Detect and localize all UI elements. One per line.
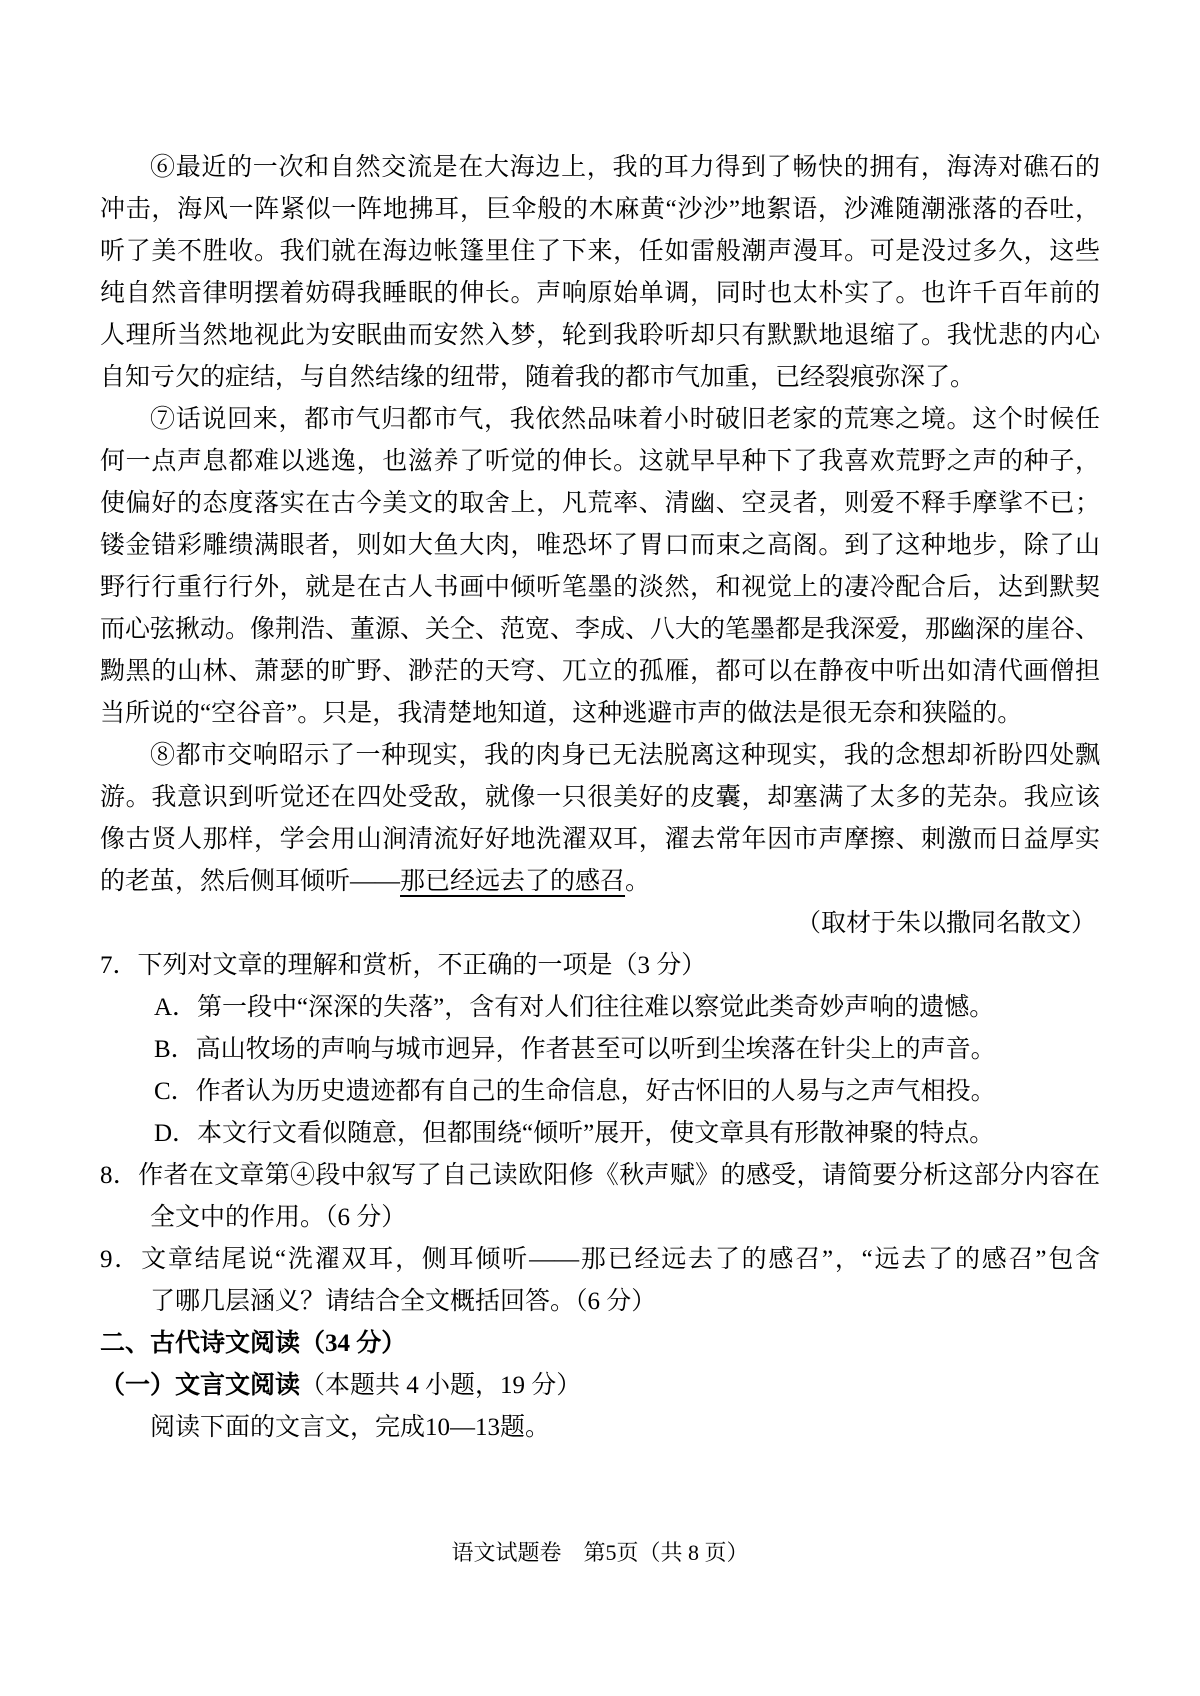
text-line: ⑧都市交响昭示了一种现实，我的肉身已无法脱离这种现实，我的念想却祈盼四处飘 [100, 735, 1100, 777]
text-line: 人理所当然地视此为安眠曲而安然入梦，轮到我聆听却只有默默地退缩了。我忧悲的内心 [100, 315, 1100, 357]
question-7: 7．下列对文章的理解和赏析，不正确的一项是（3 分） A．第一段中“深深的失落”… [100, 945, 1100, 1155]
section-2-subheading: （一）文言文阅读（本题共 4 小题，19 分） [100, 1365, 1100, 1407]
essay-paragraph-8: ⑧都市交响昭示了一种现实，我的肉身已无法脱离这种现实，我的念想却祈盼四处飘 游。… [100, 735, 1100, 903]
essay-paragraph-7: ⑦话说回来，都市气归都市气，我依然品味着小时破旧老家的荒寒之境。这个时候任 何一… [100, 399, 1100, 735]
text-line: 野行行重行行外，就是在古人书画中倾听笔墨的淡然，和视觉上的凄冷配合后，达到默契 [100, 567, 1100, 609]
section-2-instruction: 阅读下面的文言文，完成10—13题。 [100, 1407, 1100, 1449]
section-2-heading: 二、古代诗文阅读（34 分） [100, 1323, 1100, 1365]
text-line: 何一点声息都难以逃逸，也滋养了听觉的伸长。这就早早种下了我喜欢荒野之声的种子， [100, 441, 1100, 483]
subheading-points: （本题共 4 小题，19 分） [300, 1372, 581, 1399]
question-8-line-2: 全文中的作用。（6 分） [100, 1197, 1100, 1239]
text-segment: 。 [625, 868, 650, 895]
text-line: 使偏好的态度落实在古今美文的取舍上，凡荒率、清幽、空灵者，则爱不释手摩挲不已； [100, 483, 1100, 525]
question-7-option-b: B．高山牧场的声响与城市迥异，作者甚至可以听到尘埃落在针尖上的声音。 [100, 1029, 1100, 1071]
text-line: 黝黑的山林、萧瑟的旷野、渺茫的天穹、兀立的孤雁，都可以在静夜中听出如清代画僧担 [100, 651, 1100, 693]
source-attribution: （取材于朱以撒同名散文） [100, 903, 1100, 945]
question-7-option-d: D．本文行文看似随意，但都围绕“倾听”展开，使文章具有形散神聚的特点。 [100, 1113, 1100, 1155]
text-line: 像古贤人那样，学会用山涧清流好好地洗濯双耳，濯去常年因市声摩擦、刺激而日益厚实 [100, 819, 1100, 861]
page-footer: 语文试题卷 第5页（共 8 页） [0, 1538, 1200, 1568]
text-line: 纯自然音律明摆着妨碍我睡眠的伸长。声响原始单调，同时也太朴实了。也许千百年前的 [100, 273, 1100, 315]
text-line: 听了美不胜收。我们就在海边帐篷里住了下来，任如雷般潮声漫耳。可是没过多久，这些 [100, 231, 1100, 273]
text-line: 冲击，海风一阵紧似一阵地拂耳，巨伞般的木麻黄“沙沙”地絮语，沙滩随潮涨落的吞吐， [100, 189, 1100, 231]
text-line: 而心弦揪动。像荆浩、董源、关仝、范宽、李成、八大的笔墨都是我深爱，那幽深的崖谷、 [100, 609, 1100, 651]
text-line: 的老茧，然后侧耳倾听——那已经远去了的感召。 [100, 861, 1100, 903]
question-7-option-c: C．作者认为历史遗迹都有自己的生命信息，好古怀旧的人易与之声气相投。 [100, 1071, 1100, 1113]
question-7-stem: 7．下列对文章的理解和赏析，不正确的一项是（3 分） [100, 945, 1100, 987]
question-8-line-1: 8．作者在文章第④段中叙写了自己读欧阳修《秋声赋》的感受，请简要分析这部分内容在 [100, 1155, 1100, 1197]
question-7-option-a: A．第一段中“深深的失落”，含有对人们往往难以察觉此类奇妙声响的遗憾。 [100, 987, 1100, 1029]
question-9-line-1: 9．文章结尾说“洗濯双耳，侧耳倾听——那已经远去了的感召”，“远去了的感召”包含 [100, 1239, 1100, 1281]
text-line: 当所说的“空谷音”。只是，我清楚地知道，这种逃避市声的做法是很无奈和狭隘的。 [100, 693, 1100, 735]
text-line: ⑥最近的一次和自然交流是在大海边上，我的耳力得到了畅快的拥有，海涛对礁石的 [100, 147, 1100, 189]
text-line: 镂金错彩雕缋满眼者，则如大鱼大肉，唯恐坏了胃口而束之高阁。到了这种地步，除了山 [100, 525, 1100, 567]
text-line: ⑦话说回来，都市气归都市气，我依然品味着小时破旧老家的荒寒之境。这个时候任 [100, 399, 1100, 441]
underlined-phrase: 那已经远去了的感召 [400, 868, 625, 895]
exam-page-content: ⑥最近的一次和自然交流是在大海边上，我的耳力得到了畅快的拥有，海涛对礁石的 冲击… [100, 147, 1100, 1449]
question-8: 8．作者在文章第④段中叙写了自己读欧阳修《秋声赋》的感受，请简要分析这部分内容在… [100, 1155, 1100, 1239]
subheading-title: （一）文言文阅读 [100, 1372, 300, 1399]
section-2: 二、古代诗文阅读（34 分） （一）文言文阅读（本题共 4 小题，19 分） 阅… [100, 1323, 1100, 1449]
text-line: 游。我意识到听觉还在四处受敌，就像一只很美好的皮囊，却塞满了太多的芜杂。我应该 [100, 777, 1100, 819]
text-line: 自知亏欠的症结，与自然结缘的纽带，随着我的都市气加重，已经裂痕弥深了。 [100, 357, 1100, 399]
text-segment: 的老茧，然后侧耳倾听—— [100, 868, 400, 895]
question-9: 9．文章结尾说“洗濯双耳，侧耳倾听——那已经远去了的感召”，“远去了的感召”包含… [100, 1239, 1100, 1323]
question-9-line-2: 了哪几层涵义？请结合全文概括回答。（6 分） [100, 1281, 1100, 1323]
essay-paragraph-6: ⑥最近的一次和自然交流是在大海边上，我的耳力得到了畅快的拥有，海涛对礁石的 冲击… [100, 147, 1100, 399]
